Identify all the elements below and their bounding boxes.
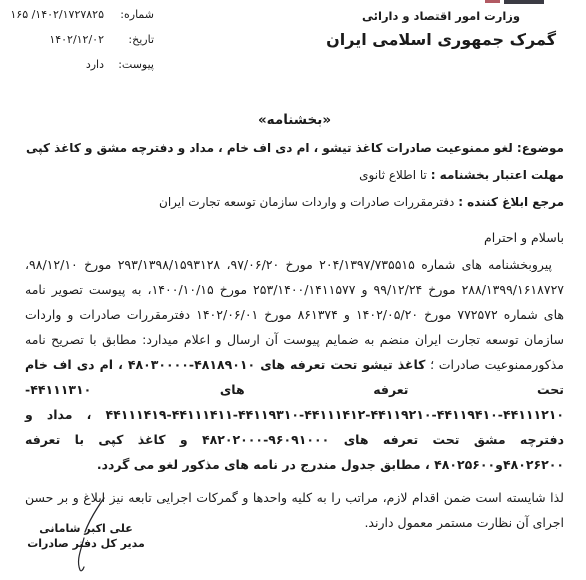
main-paragraph-tariff-codes: کاغذ تیشو تحت تعرفه های ۴۸۱۸۹۰۱۰-۴۸۰۳۰۰۰… <box>25 357 564 472</box>
emblem-remnant-red-icon <box>485 0 500 3</box>
meta-row-attachment: پیوست: دارد <box>20 58 154 83</box>
signatory-title: مدیر کل دفتر صادرات <box>26 536 146 551</box>
letterhead-meta: شماره: ۱۶۵ /۱۴۰۲/۱۷۲۷۸۲۵ تاریخ: ۱۴۰۲/۱۲/… <box>20 8 154 83</box>
number-value: ۱۶۵ /۱۴۰۲/۱۷۲۷۸۲۵ <box>10 8 104 21</box>
attachment-value: دارد <box>86 58 104 71</box>
circular-title: «بخشنامه» <box>25 112 564 128</box>
main-paragraph: پیروبخشنامه های شماره ۲۰۴/۱۳۹۷/۷۳۵۵۱۵ مو… <box>25 252 564 477</box>
signature-block: علی اکبر شامانی مدیر کل دفتر صادرات <box>26 521 146 551</box>
signatory-name: علی اکبر شامانی <box>26 521 146 536</box>
attachment-label: پیوست: <box>114 58 154 71</box>
circular-letter-document: وزارت امور اقتصاد و دارائی گمرک جمهوری ا… <box>0 0 586 580</box>
number-label: شماره: <box>114 8 154 21</box>
letterhead-organization: وزارت امور اقتصاد و دارائی گمرک جمهوری ا… <box>326 9 556 49</box>
validity-line: مهلت اعتبار بخشنامه : تا اطلاع ثانوی <box>25 167 564 184</box>
subject-line: موضوع: لغو ممنوعیت صادرات کاغذ تیشو ، ام… <box>25 140 564 157</box>
customs-organization-name: گمرک جمهوری اسلامی ایران <box>326 30 556 49</box>
date-label: تاریخ: <box>114 33 154 46</box>
validity-text: تا اطلاع ثانوی <box>359 168 427 182</box>
issuing-authority-text: دفترمقررات صادرات و واردات سازمان توسعه … <box>159 195 454 209</box>
salutation: باسلام و احترام <box>25 230 564 245</box>
emblem-remnant-dark-icon <box>504 0 544 4</box>
main-paragraph-intro: پیروبخشنامه های شماره ۲۰۴/۱۳۹۷/۷۳۵۵۱۵ مو… <box>25 257 564 372</box>
meta-row-date: تاریخ: ۱۴۰۲/۱۲/۰۲ <box>20 33 154 58</box>
meta-row-number: شماره: ۱۶۵ /۱۴۰۲/۱۷۲۷۸۲۵ <box>20 8 154 33</box>
subject-label: موضوع: <box>517 141 564 155</box>
subject-text: لغو ممنوعیت صادرات کاغذ تیشو ، ام دی اف … <box>26 141 513 155</box>
ministry-name: وزارت امور اقتصاد و دارائی <box>326 9 556 23</box>
issuing-authority-line: مرجع ابلاغ کننده : دفترمقررات صادرات و و… <box>25 194 564 211</box>
issuing-authority-label: مرجع ابلاغ کننده : <box>458 195 564 209</box>
date-value: ۱۴۰۲/۱۲/۰۲ <box>49 33 104 46</box>
letter-body: «بخشنامه» موضوع: لغو ممنوعیت صادرات کاغذ… <box>25 112 564 535</box>
validity-label: مهلت اعتبار بخشنامه : <box>431 168 564 182</box>
